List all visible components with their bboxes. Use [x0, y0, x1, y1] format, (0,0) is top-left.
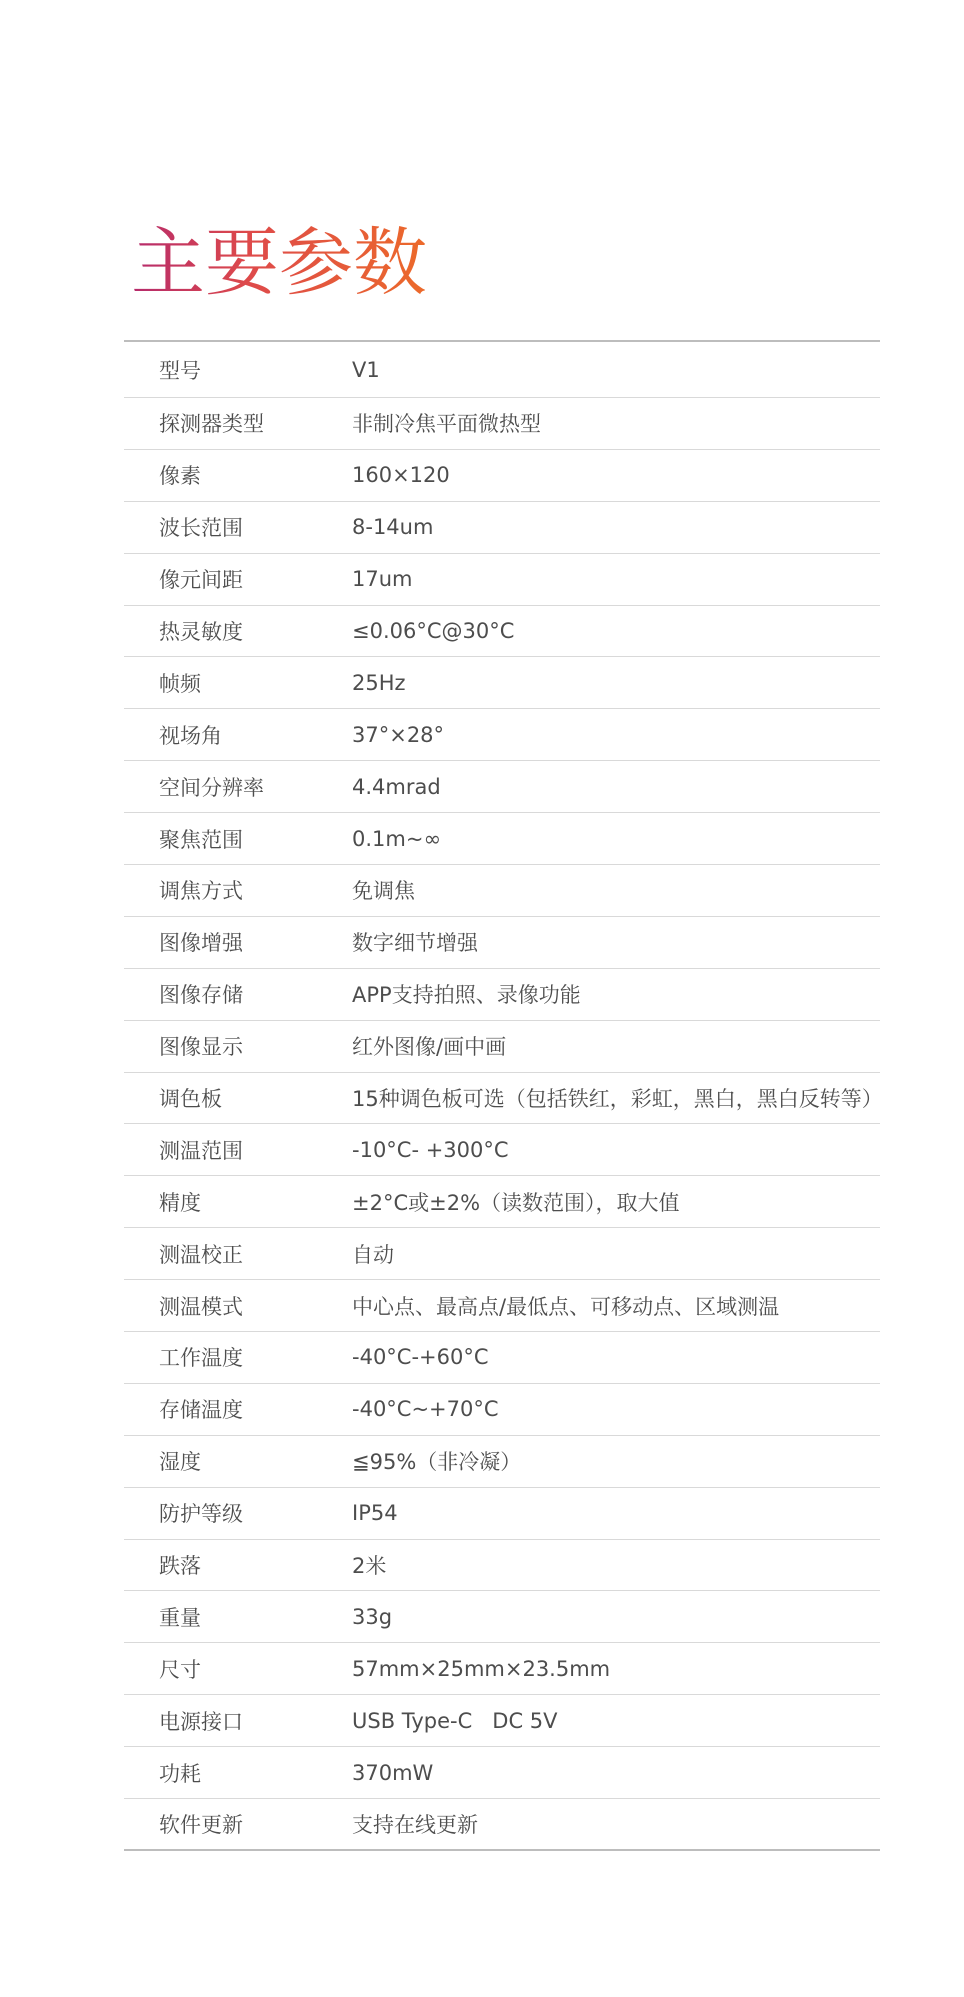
spec-value: 支持在线更新 [352, 1809, 478, 1839]
spec-value: 自动 [352, 1239, 394, 1269]
spec-value: ≦95%（非冷凝） [352, 1446, 521, 1476]
spec-value: 4.4mrad [352, 775, 441, 799]
spec-value: 57mm×25mm×23.5mm [352, 1657, 610, 1681]
spec-label: 聚焦范围 [159, 824, 243, 854]
spec-label: 空间分辨率 [159, 772, 264, 802]
spec-value: 15种调色板可选（包括铁红，彩虹，黑白，黑白反转等） [352, 1083, 883, 1113]
spec-value: -40°C-+60°C [352, 1345, 489, 1369]
spec-row-humidity: 湿度 ≦95%（非冷凝） [124, 1436, 880, 1488]
spec-label: 存储温度 [159, 1394, 243, 1424]
spec-value: 25Hz [352, 671, 406, 695]
spec-value: 17um [352, 567, 413, 591]
spec-value: IP54 [352, 1501, 398, 1525]
spec-row-palette: 调色板 15种调色板可选（包括铁红，彩虹，黑白，黑白反转等） [124, 1073, 880, 1125]
spec-row-image-storage: 图像存储 APP支持拍照、录像功能 [124, 969, 880, 1021]
spec-value: 8-14um [352, 515, 433, 539]
spec-label: 电源接口 [159, 1706, 243, 1736]
spec-label: 视场角 [159, 720, 222, 750]
spec-label: 调色板 [159, 1083, 222, 1113]
spec-value: -40°C~+70°C [352, 1397, 499, 1421]
spec-label: 测温范围 [159, 1135, 243, 1165]
spec-label: 像元间距 [159, 564, 243, 594]
spec-row-temp-range: 测温范围 -10°C- +300°C [124, 1124, 880, 1176]
spec-row-temp-calibration: 测温校正 自动 [124, 1228, 880, 1280]
spec-value: 中心点、最高点/最低点、可移动点、区域测温 [352, 1291, 779, 1321]
spec-row-netd: 热灵敏度 ≤0.06°C@30°C [124, 606, 880, 658]
spec-value: 免调焦 [352, 875, 415, 905]
spec-label: 精度 [159, 1187, 201, 1217]
spec-value: 数字细节增强 [352, 927, 478, 957]
spec-value: 红外图像/画中画 [352, 1031, 506, 1061]
spec-row-image-enhancement: 图像增强 数字细节增强 [124, 917, 880, 969]
spec-row-power-interface: 电源接口 USB Type-C DC 5V [124, 1695, 880, 1747]
spec-row-fov: 视场角 37°×28° [124, 709, 880, 761]
spec-row-operating-temp: 工作温度 -40°C-+60°C [124, 1332, 880, 1384]
spec-value: ≤0.06°C@30°C [352, 619, 514, 643]
spec-row-protection: 防护等级 IP54 [124, 1488, 880, 1540]
spec-label: 湿度 [159, 1446, 201, 1476]
spec-row-drop: 跌落 2米 [124, 1540, 880, 1592]
spec-label: 探测器类型 [159, 408, 264, 438]
spec-value: 160×120 [352, 463, 450, 487]
spec-label: 防护等级 [159, 1498, 243, 1528]
spec-label: 图像增强 [159, 927, 243, 957]
spec-row-accuracy: 精度 ±2°C或±2%（读数范围），取大值 [124, 1176, 880, 1228]
spec-row-pixel-pitch: 像元间距 17um [124, 554, 880, 606]
spec-label: 尺寸 [159, 1654, 201, 1684]
page-title: 主要参数 [131, 218, 427, 308]
spec-row-weight: 重量 33g [124, 1591, 880, 1643]
spec-value: APP支持拍照、录像功能 [352, 979, 581, 1009]
spec-value: 非制冷焦平面微热型 [352, 408, 541, 438]
spec-label: 调焦方式 [159, 875, 243, 905]
spec-row-focus-mode: 调焦方式 免调焦 [124, 865, 880, 917]
spec-value: 370mW [352, 1761, 433, 1785]
spec-value: -10°C- +300°C [352, 1138, 509, 1162]
spec-label: 热灵敏度 [159, 616, 243, 646]
spec-label: 像素 [159, 460, 201, 490]
spec-label: 重量 [159, 1602, 201, 1632]
spec-row-image-display: 图像显示 红外图像/画中画 [124, 1021, 880, 1073]
spec-label: 波长范围 [159, 512, 243, 542]
spec-row-temp-mode: 测温模式 中心点、最高点/最低点、可移动点、区域测温 [124, 1280, 880, 1332]
spec-row-focus-range: 聚焦范围 0.1m~∞ [124, 813, 880, 865]
spec-label: 测温校正 [159, 1239, 243, 1269]
spec-label: 工作温度 [159, 1342, 243, 1372]
spec-row-spatial-resolution: 空间分辨率 4.4mrad [124, 761, 880, 813]
spec-row-frame-rate: 帧频 25Hz [124, 657, 880, 709]
spec-label: 帧频 [159, 668, 201, 698]
spec-row-storage-temp: 存储温度 -40°C~+70°C [124, 1384, 880, 1436]
spec-row-power-consumption: 功耗 370mW [124, 1747, 880, 1799]
spec-label: 图像存储 [159, 979, 243, 1009]
spec-label: 图像显示 [159, 1031, 243, 1061]
spec-value: 33g [352, 1605, 392, 1629]
spec-value: USB Type-C DC 5V [352, 1709, 558, 1733]
spec-label: 测温模式 [159, 1291, 243, 1321]
spec-value: 0.1m~∞ [352, 827, 441, 851]
spec-value: 2米 [352, 1550, 386, 1580]
spec-label: 型号 [159, 355, 201, 385]
spec-label: 软件更新 [159, 1809, 243, 1839]
spec-value: V1 [352, 358, 380, 382]
spec-value: 37°×28° [352, 723, 444, 747]
spec-label: 功耗 [159, 1758, 201, 1788]
spec-row-software-update: 软件更新 支持在线更新 [124, 1799, 880, 1849]
spec-row-dimensions: 尺寸 57mm×25mm×23.5mm [124, 1643, 880, 1695]
spec-row-model: 型号 V1 [124, 342, 880, 398]
spec-label: 跌落 [159, 1550, 201, 1580]
spec-row-detector-type: 探测器类型 非制冷焦平面微热型 [124, 398, 880, 450]
spec-row-resolution: 像素 160×120 [124, 450, 880, 502]
spec-value: ±2°C或±2%（读数范围），取大值 [352, 1187, 680, 1217]
spec-row-wavelength: 波长范围 8-14um [124, 502, 880, 554]
spec-table: 型号 V1 探测器类型 非制冷焦平面微热型 像素 160×120 波长范围 8-… [124, 340, 880, 1851]
